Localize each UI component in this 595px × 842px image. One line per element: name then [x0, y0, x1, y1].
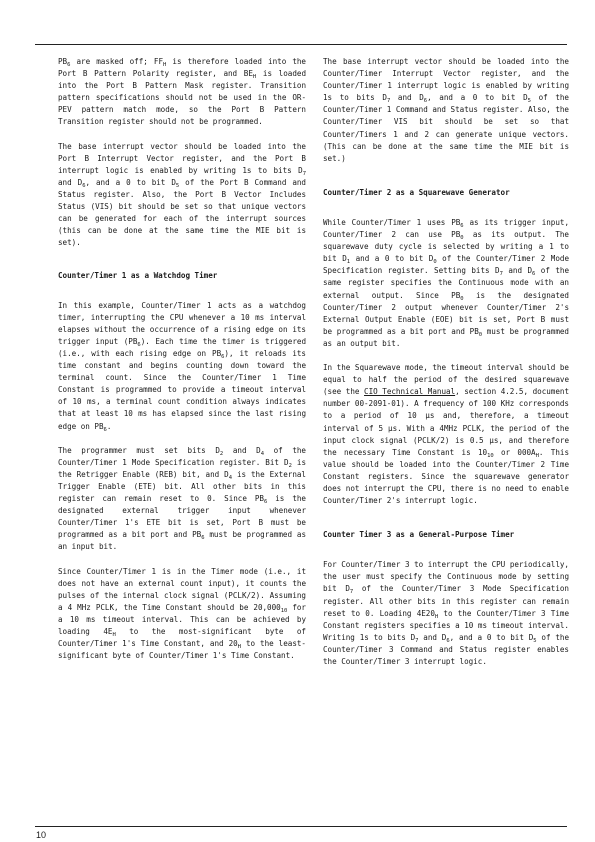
text: and: [223, 446, 256, 455]
text: PB: [192, 530, 201, 539]
paragraph-time-constant: Since Counter/Timer 1 is in the Timer mo…: [58, 566, 306, 663]
text: of the Port B Command and Status registe…: [58, 178, 306, 247]
footer-rule: [35, 826, 567, 827]
text: PB: [255, 494, 264, 503]
paragraph-port-b-interrupt-vector: The base interrupt vector should be load…: [58, 141, 306, 250]
text: Since Counter/Timer 1 is in the Timer mo…: [58, 567, 306, 612]
text: PB: [94, 422, 103, 431]
section-heading-watchdog-timer: Counter/Timer 1 as a Watchdog Timer: [58, 270, 306, 282]
paragraph-watchdog-intro: In this example, Counter/Timer 1 acts as…: [58, 300, 306, 433]
text: PB: [470, 327, 479, 336]
text: PB: [451, 218, 460, 227]
right-column: The base interrupt vector should be load…: [323, 56, 569, 680]
paragraph-squarewave-timing: In the Squarewave mode, the timeout inte…: [323, 362, 569, 507]
paragraph-pattern-mask: PB6 are masked off; FFH is therefore loa…: [58, 56, 306, 129]
text: ), it reloads its time constant and begi…: [58, 349, 306, 431]
page-number: 10: [36, 830, 46, 840]
text: The programmer must set bits: [58, 446, 215, 455]
text: are masked off; FF: [70, 57, 163, 66]
text: and: [390, 93, 419, 102]
left-column: PB6 are masked off; FFH is therefore loa…: [58, 56, 306, 675]
text: and: [418, 633, 441, 642]
text: and: [58, 178, 78, 187]
text: of the Counter/Timer 1 Command and Statu…: [323, 93, 569, 162]
paragraph-mode-specification: The programmer must set bits D2 and D4 o…: [58, 445, 306, 554]
text: PB: [212, 349, 221, 358]
text: or 000A: [494, 448, 536, 457]
text: and a 0 to bit: [350, 254, 429, 263]
subscript: 10: [487, 453, 494, 459]
section-heading-general-purpose-timer: Counter Timer 3 as a General-Purpose Tim…: [323, 529, 569, 541]
subscript: 7: [303, 171, 306, 177]
text: and: [503, 266, 528, 275]
text: , and a 0 to bit: [427, 93, 523, 102]
text: , and a 0 to bit: [450, 633, 529, 642]
text: The base interrupt vector should be load…: [58, 142, 306, 175]
section-heading-squarewave-generator: Counter/Timer 2 as a Squarewave Generato…: [323, 187, 569, 199]
text: PB: [451, 291, 460, 300]
text: While Counter/Timer 1 uses: [323, 218, 451, 227]
text: PB: [451, 230, 460, 239]
paragraph-counter-timer-interrupt-vector: The base interrupt vector should be load…: [323, 56, 569, 165]
paragraph-general-purpose-timer: For Counter/Timer 3 to interrupt the CPU…: [323, 559, 569, 668]
paragraph-squarewave-setup: While Counter/Timer 1 uses PB6 as its tr…: [323, 217, 569, 350]
cio-technical-manual-reference: CIO Technical Manual: [364, 387, 455, 396]
header-rule: [35, 44, 567, 45]
text: .: [107, 422, 112, 431]
text: PB: [58, 57, 67, 66]
text: , and a 0 to bit: [85, 178, 171, 187]
text: , section 4.2.5, document number 00-2091…: [323, 387, 569, 456]
